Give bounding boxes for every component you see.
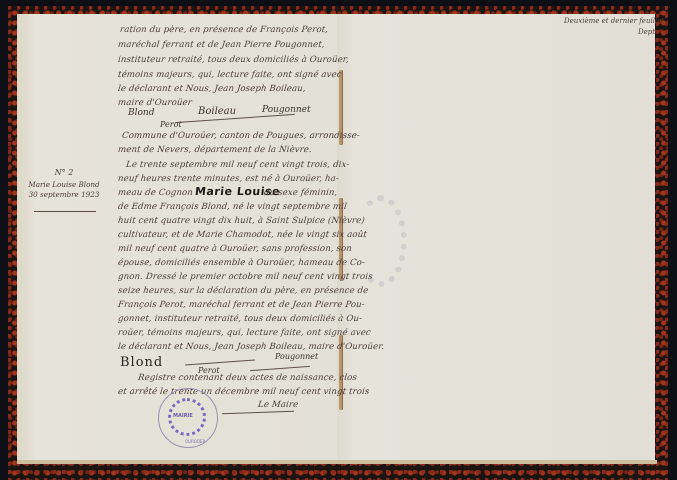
record-body-line: huit cent quatre vingt dix huit, à Saint…	[117, 216, 365, 226]
record-header-line: Commune d'Ouroüer, canton de Pougues, ar…	[121, 131, 360, 141]
mayor-stamp: MAIRIE OUROÜER	[158, 388, 218, 448]
signature: Blond	[128, 108, 154, 118]
signature-father: Blond	[120, 355, 163, 370]
record-body-line: meau de Cognon	[117, 188, 193, 198]
record-body-line: du sexe féminin,	[263, 188, 337, 198]
record-body-line: cultivateur, et de Marie Chamodot, née l…	[117, 230, 367, 240]
margin-name: Marie Louise Blond	[24, 180, 104, 189]
text-line: le déclarant et Nous, Jean Joseph Boilea…	[117, 84, 306, 94]
record-body-line: mil neuf cent quatre à Ouroüer, sans pro…	[117, 244, 352, 254]
signature: Boileau	[198, 106, 236, 117]
record-header-line: ment de Nevers, département de la Nièvre…	[117, 145, 312, 155]
margin-date: 30 septembre 1923	[24, 190, 104, 199]
record-body-line: François Perot, maréchal ferrant et de J…	[117, 300, 365, 310]
folio-initials: Dept	[638, 28, 655, 36]
stamp-text: MAIRIE	[173, 413, 193, 419]
text-line: maire d'Ouroüer	[117, 98, 192, 108]
signer-title: Le Maire	[257, 400, 298, 410]
record-body-line: roüer, témoins majeurs, qui, lecture fai…	[117, 328, 371, 338]
text-line: ration du père, en présence de François …	[119, 25, 328, 35]
text-line: instituteur retraité, tous deux domicili…	[117, 55, 349, 65]
text-line: témoins majeurs, qui, lecture faite, ont…	[117, 70, 342, 80]
folio-note: Deuxième et dernier feuillet	[564, 17, 664, 25]
record-body-line: gnon. Dressé le premier octobre mil neuf…	[117, 272, 373, 282]
signature-witness: Pougonnet	[275, 352, 318, 361]
closing-line: et arrêté le trente un décembre mil neuf…	[117, 387, 369, 397]
page-edge	[17, 460, 657, 464]
margin-record-number: N° 2	[24, 168, 104, 177]
record-body-line: seize heures, sur la déclaration du père…	[117, 286, 368, 296]
text-line: maréchal ferrant et de Jean Pierre Pougo…	[117, 40, 325, 50]
record-body-line: épouse, domiciliés ensemble à Ouroüer, h…	[117, 258, 365, 268]
stamp-bottom-text: OUROÜER	[185, 439, 205, 444]
record-body-line: neuf heures trente minutes, est né à Our…	[117, 174, 339, 184]
record-body-line: le déclarant et Nous, Jean Joseph Boilea…	[117, 342, 384, 352]
closing-line: Registre contenant deux actes de naissan…	[137, 373, 357, 383]
record-body-line: Le trente septembre mil neuf cent vingt …	[125, 160, 349, 170]
record-body-line: de Edme François Blond, né le vingt sept…	[117, 202, 347, 212]
margin-underline	[34, 211, 96, 212]
record-body-line: gonnet, instituteur retraité, tous deux …	[117, 314, 362, 324]
